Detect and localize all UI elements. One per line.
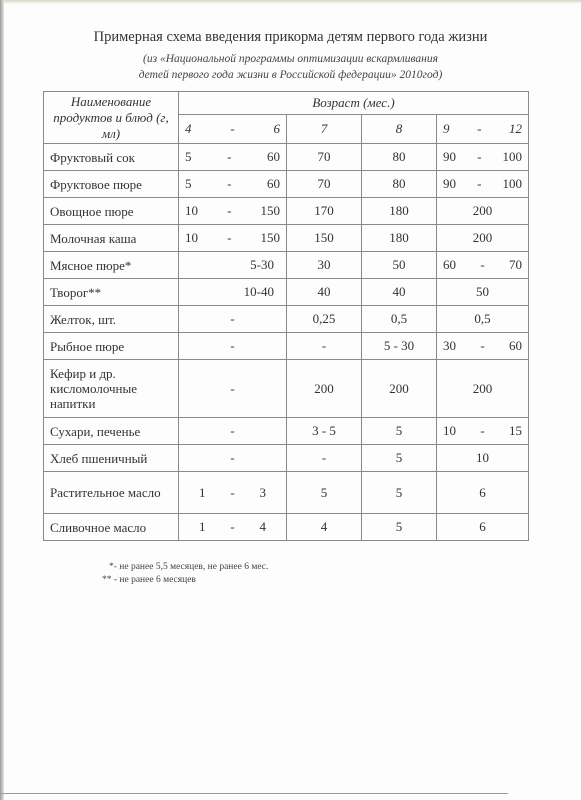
amount-cell: 10 [437, 445, 529, 472]
amount-cell: 200 [437, 360, 529, 418]
amount-cell: 200 [437, 198, 529, 225]
table-row: Сухари, печенье-3 - 5510-15 [44, 418, 529, 445]
product-name: Хлеб пшеничный [44, 445, 179, 472]
amount-cell: 6 [437, 472, 529, 514]
range-value: 10 [185, 203, 198, 219]
table-row: Творог**10-40404050 [44, 279, 529, 306]
amount-cell: 0,25 [287, 306, 362, 333]
product-name: Овощное пюре [44, 198, 179, 225]
range-value: 5 [185, 149, 192, 165]
table-row: Растительное масло1-3556 [44, 472, 529, 514]
amount-cell: 5 [287, 472, 362, 514]
amount-cell: 5 [362, 445, 437, 472]
range-value: 1 [199, 485, 206, 501]
feeding-schedule-table: Наименование продуктов и блюд (г, мл) Во… [43, 91, 529, 541]
range-value: 90 [443, 176, 456, 192]
amount-cell: 180 [362, 198, 437, 225]
amount-cell: 200 [437, 225, 529, 252]
amount-cell: 150 [287, 225, 362, 252]
amount-cell: 5 [362, 514, 437, 541]
amount-cell: - [179, 445, 287, 472]
age-sep: - [477, 121, 481, 137]
document-title: Примерная схема введения прикорма детям … [0, 29, 581, 46]
subtitle-line-1: (из «Национальной программы оптимизации … [0, 51, 581, 67]
amount-cell: 40 [362, 279, 437, 306]
amount-cell: 6 [437, 514, 529, 541]
table-row: Хлеб пшеничный--510 [44, 445, 529, 472]
amount-cell: - [287, 333, 362, 360]
range-separator: - [480, 257, 484, 273]
range-value: 90 [443, 149, 456, 165]
amount-cell: 40 [287, 279, 362, 306]
product-name: Фруктовое пюре [44, 171, 179, 198]
product-name: Сливочное масло [44, 514, 179, 541]
age-col-8: 8 [362, 115, 437, 144]
age-from: 9 [443, 121, 450, 137]
amount-cell: 30-60 [437, 333, 529, 360]
amount-cell: 10-150 [179, 225, 287, 252]
range-separator: - [480, 423, 484, 439]
product-name: Мясное пюре* [44, 252, 179, 279]
amount-cell: 90-100 [437, 171, 529, 198]
subtitle-line-2: детей первого года жизни в Российской фе… [0, 67, 581, 83]
table-row: Молочная каша10-150150180200 [44, 225, 529, 252]
amount-cell: 10-150 [179, 198, 287, 225]
amount-cell: 5-30 [179, 252, 287, 279]
name-column-header: Наименование продуктов и блюд (г, мл) [44, 92, 179, 144]
product-name: Рыбное пюре [44, 333, 179, 360]
table-row: Фруктовый сок5-60708090-100 [44, 144, 529, 171]
amount-cell: 50 [437, 279, 529, 306]
amount-cell: 5 - 30 [362, 333, 437, 360]
range-separator: - [227, 176, 231, 192]
footnote-1: *- не ранее 5,5 месяцев, не ранее 6 мес. [109, 561, 268, 574]
product-name: Творог** [44, 279, 179, 306]
range-separator: - [477, 149, 481, 165]
range-value: 150 [261, 230, 281, 246]
age-to: 6 [274, 121, 281, 137]
amount-cell: 170 [287, 198, 362, 225]
amount-cell: - [287, 445, 362, 472]
age-col-9-12: 9 - 12 [437, 115, 529, 144]
amount-cell: 1-3 [179, 472, 287, 514]
table-row: Желток, шт.-0,250,50,5 [44, 306, 529, 333]
table-row: Мясное пюре*5-30305060-70 [44, 252, 529, 279]
range-value: 100 [503, 176, 523, 192]
product-name: Растительное масло [44, 472, 179, 514]
amount-cell: - [179, 360, 287, 418]
age-sep: - [230, 121, 234, 137]
amount-cell: 10-15 [437, 418, 529, 445]
range-value: 60 [267, 149, 280, 165]
amount-cell: 5 [362, 418, 437, 445]
amount-cell: 60-70 [437, 252, 529, 279]
range-separator: - [230, 485, 234, 501]
amount-cell: 70 [287, 171, 362, 198]
range-value: 100 [503, 149, 523, 165]
range-value: 3 [260, 485, 267, 501]
amount-cell: 0,5 [437, 306, 529, 333]
amount-cell: - [179, 333, 287, 360]
amount-cell: 5-60 [179, 144, 287, 171]
range-separator: - [477, 176, 481, 192]
amount-cell: 0,5 [362, 306, 437, 333]
range-separator: - [230, 519, 234, 535]
amount-cell: 80 [362, 144, 437, 171]
scan-left-edge [0, 0, 4, 800]
amount-cell: 5-60 [179, 171, 287, 198]
table-row: Фруктовое пюре5-60708090-100 [44, 171, 529, 198]
age-column-header: Возраст (мес.) [179, 92, 529, 115]
document-subtitle: (из «Национальной программы оптимизации … [0, 51, 581, 83]
age-from: 4 [185, 121, 192, 137]
age-to: 12 [509, 121, 522, 137]
amount-cell: 200 [362, 360, 437, 418]
range-value: 70 [509, 257, 522, 273]
scan-top-edge [0, 0, 581, 4]
range-value: 30 [443, 338, 456, 354]
range-value: 1 [199, 519, 206, 535]
range-value: 15 [509, 423, 522, 439]
scan-bottom-edge [0, 793, 508, 794]
amount-cell: 200 [287, 360, 362, 418]
table-row: Овощное пюре10-150170180200 [44, 198, 529, 225]
range-separator: - [227, 203, 231, 219]
amount-cell: - [179, 306, 287, 333]
amount-cell: 3 - 5 [287, 418, 362, 445]
product-name: Фруктовый сок [44, 144, 179, 171]
amount-cell: 5 [362, 472, 437, 514]
range-value: 60 [267, 176, 280, 192]
age-col-7: 7 [287, 115, 362, 144]
table-body: Фруктовый сок5-60708090-100Фруктовое пюр… [44, 144, 529, 541]
range-separator: - [227, 230, 231, 246]
footnote-2: ** - не ранее 6 месяцев [102, 574, 196, 587]
product-name: Молочная каша [44, 225, 179, 252]
range-value: 10 [443, 423, 456, 439]
range-value: 60 [443, 257, 456, 273]
product-name: Желток, шт. [44, 306, 179, 333]
range-separator: - [480, 338, 484, 354]
product-name: Сухари, печенье [44, 418, 179, 445]
amount-cell: 50 [362, 252, 437, 279]
amount-cell: 80 [362, 171, 437, 198]
amount-cell: 10-40 [179, 279, 287, 306]
table-row: Кефир и др. кисломолочные напитки-200200… [44, 360, 529, 418]
amount-cell: 70 [287, 144, 362, 171]
range-value: 60 [509, 338, 522, 354]
amount-cell: 180 [362, 225, 437, 252]
table-row: Рыбное пюре--5 - 3030-60 [44, 333, 529, 360]
product-name: Кефир и др. кисломолочные напитки [44, 360, 179, 418]
range-separator: - [227, 149, 231, 165]
amount-cell: 4 [287, 514, 362, 541]
amount-cell: - [179, 418, 287, 445]
amount-cell: 30 [287, 252, 362, 279]
amount-cell: 90-100 [437, 144, 529, 171]
range-value: 10 [185, 230, 198, 246]
range-value: 4 [260, 519, 267, 535]
table-row: Сливочное масло1-4456 [44, 514, 529, 541]
age-col-4-6: 4 - 6 [179, 115, 287, 144]
range-value: 150 [261, 203, 281, 219]
range-value: 5 [185, 176, 192, 192]
amount-cell: 1-4 [179, 514, 287, 541]
